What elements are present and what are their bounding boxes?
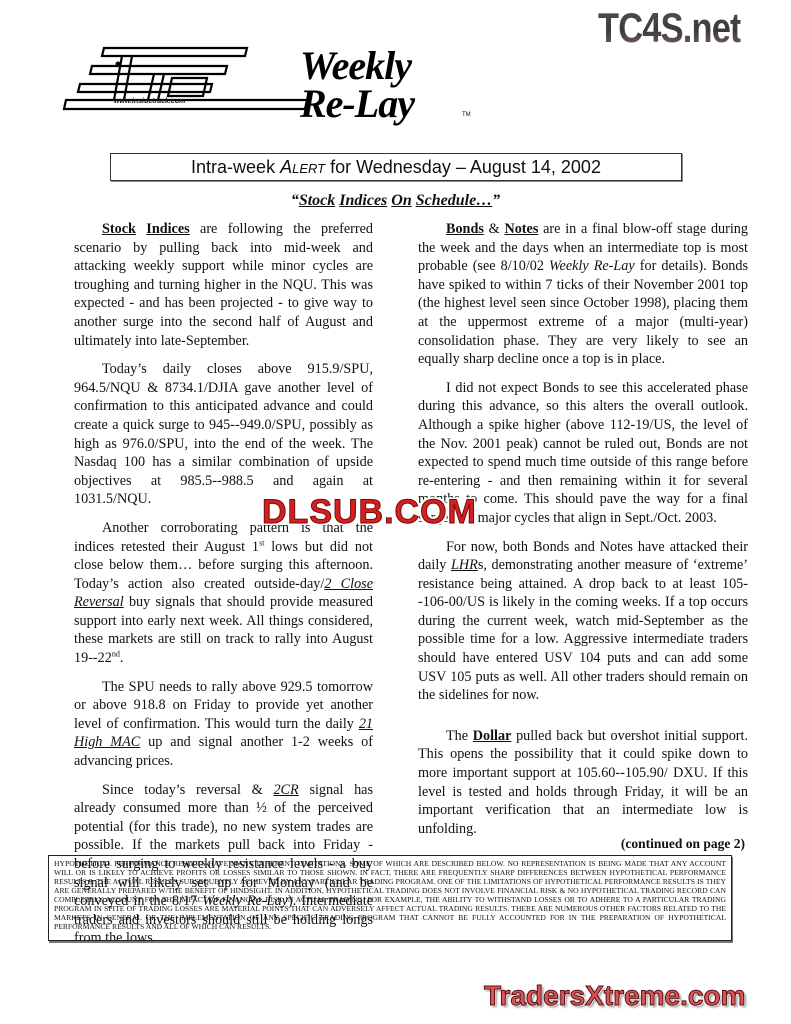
term-lhr: LHR (451, 557, 478, 573)
paragraph-text: pulled back but overshot initial support… (418, 728, 748, 837)
keyword-dollar: Dollar (473, 728, 512, 744)
paragraph-daily-closes: Today’s daily closes above 915.9/SPU, 96… (74, 360, 373, 509)
paragraph-spu-rally: The SPU needs to rally above 929.5 tomor… (74, 678, 373, 771)
paragraph-bonds-lhr: For now, both Bonds and Notes have attac… (418, 538, 748, 705)
title-suffix: for Wednesday – August 14, 2002 (325, 157, 601, 177)
hypothetical-performance-disclaimer: HYPOTHETICAL PERFORMANCE RESULTS HAVE MA… (48, 855, 732, 941)
ordinal-suffix: nd (112, 649, 120, 658)
keyword-notes: Notes (504, 221, 538, 237)
keyword-bonds: Bonds (446, 221, 484, 237)
paragraph-text: & (484, 221, 505, 237)
title-prefix: Intra-week (191, 157, 280, 177)
headline-word: Indices (339, 192, 387, 209)
paragraph-text: . (120, 650, 124, 666)
paragraph-bonds-notes: Bonds & Notes are in a final blow-off st… (418, 220, 748, 369)
tradersxtreme-watermark: TradersXtreme.com (484, 980, 745, 1012)
logo-url: www.insidetrack.com (114, 98, 185, 105)
paragraph-text: The (446, 728, 473, 744)
headline: “Stock Indices On Schedule…” (0, 192, 791, 210)
term-2cr: 2CR (273, 782, 298, 798)
headline-word: On (391, 192, 411, 209)
logo-relay: Re-Lay (300, 84, 414, 124)
paragraph-text: for details). Bonds have spiked to withi… (418, 258, 748, 367)
paragraph-dollar: The Dollar pulled back but overshot init… (418, 727, 748, 839)
itc-logo: www.insidetrack.com Weekly Re-Lay TM (62, 46, 482, 126)
continued-note: (continued on page 2) (621, 836, 745, 852)
headline-word: Schedule… (416, 192, 492, 209)
paragraph-stock-indices: Stock Indices are following the preferre… (74, 220, 373, 350)
keyword-indices: Indices (146, 221, 189, 237)
logo-trademark: TM (462, 112, 471, 118)
headline-word: Stock (299, 192, 335, 209)
left-column: Stock Indices are following the preferre… (74, 220, 373, 958)
spacer (418, 715, 748, 727)
itc-logo-mark-icon (62, 46, 312, 114)
paragraph-text: s, demonstrating another measure of ‘ext… (418, 557, 748, 703)
keyword-stock: Stock (102, 221, 136, 237)
paragraph-text: are following the preferred scenario by … (74, 221, 373, 349)
right-column: Bonds & Notes are in a final blow-off st… (418, 220, 748, 848)
alert-title-box: Intra-week Alert for Wednesday – August … (110, 153, 682, 181)
headline-quote-close: ” (492, 192, 500, 209)
logo-weekly: Weekly (300, 46, 411, 86)
paragraph-text: Since today’s reversal & (102, 782, 273, 798)
paragraph-text: The SPU needs to rally above 929.5 tomor… (74, 679, 373, 732)
title-alert: Alert (280, 157, 325, 177)
dlsub-watermark: DLSUB.COM (258, 494, 481, 530)
tc4s-watermark: TC4S.net (598, 4, 741, 52)
headline-quote-open: “ (291, 192, 299, 209)
publication-name: Weekly Re-Lay (549, 258, 635, 274)
paragraph-corroborating: Another corroborating pattern is that th… (74, 519, 373, 668)
